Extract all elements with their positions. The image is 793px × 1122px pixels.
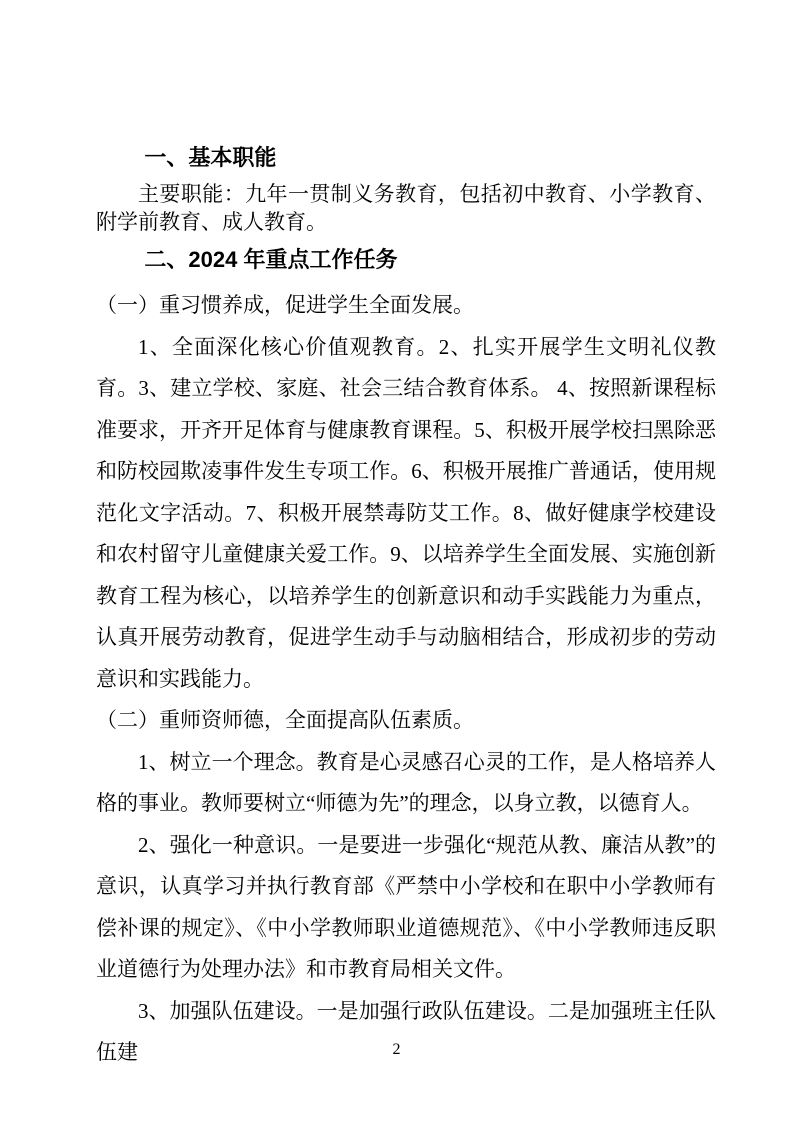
document-page: 一、基本职能 主要职能：九年一贯制义务教育，包括初中教育、小学教育、附学前教育、… [0, 0, 793, 1122]
heading-2024-key-tasks: 二、2024 年重点工作任务 [96, 245, 716, 275]
paragraph-subsection-2-item-1: 1、树立一个理念。教育是心灵感召心灵的工作，是人格培养人格的事业。教师要树立“师… [96, 742, 716, 825]
paragraph-main-functions: 主要职能：九年一贯制义务教育，包括初中教育、小学教育、附学前教育、成人教育。 [96, 180, 716, 236]
paragraph-subsection-2-title: （二）重师资师德，全面提高队伍素质。 [96, 700, 716, 742]
paragraph-subsection-2-item-2: 2、强化一种意识。一是要进一步强化“规范从教、廉洁从教”的意识，认真学习并执行教… [96, 825, 716, 991]
document-content: 一、基本职能 主要职能：九年一贯制义务教育，包括初中教育、小学教育、附学前教育、… [96, 143, 716, 1074]
paragraph-subsection-1-title: （一）重习惯养成，促进学生全面发展。 [96, 285, 716, 327]
body-paragraphs: （一）重习惯养成，促进学生全面发展。 1、全面深化核心价值观教育。2、扎实开展学… [96, 285, 716, 1074]
page-number: 2 [0, 1040, 793, 1060]
paragraph-subsection-1-items: 1、全面深化核心价值观教育。2、扎实开展学生文明礼仪教育。3、建立学校、家庭、社… [96, 327, 716, 701]
paragraph-subsection-2-item-3: 3、加强队伍建设。一是加强行政队伍建设。二是加强班主任队伍建 [96, 991, 716, 1074]
heading-basic-functions: 一、基本职能 [96, 143, 716, 173]
